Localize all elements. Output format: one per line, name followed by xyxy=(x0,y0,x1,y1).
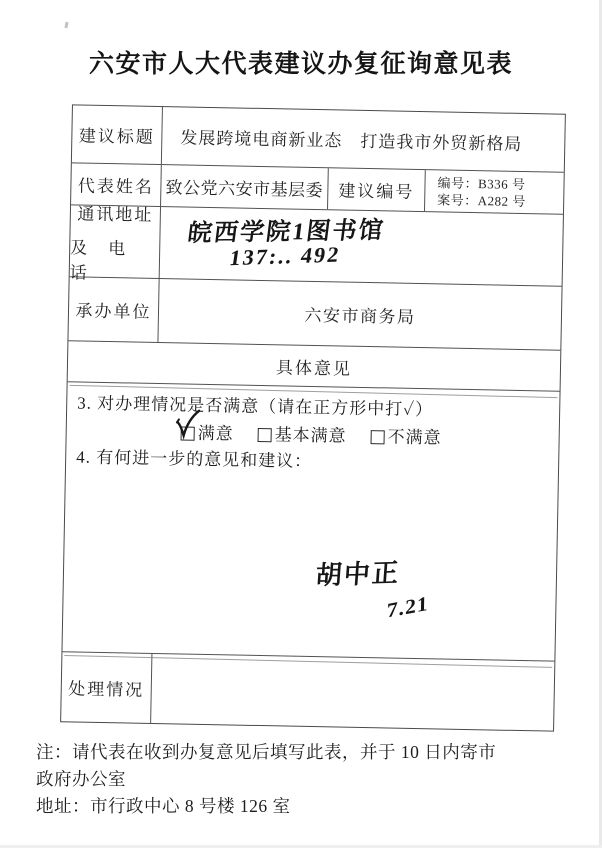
processing-status-label: 处理情况 xyxy=(61,652,152,723)
form-table: 建议标题 发展跨境电商新业态 打造我市外贸新格局 代表姓名 致公党六安市基层委 … xyxy=(60,104,566,731)
checkbox-option-not-satisfied: 不满意 xyxy=(370,424,441,451)
handwritten-phone: 137:.. 492 xyxy=(228,242,342,272)
scan-speck xyxy=(64,22,68,28)
footer-address: 地址：市行政中心 8 号楼 126 室 xyxy=(36,793,576,820)
handling-unit-label: 承办单位 xyxy=(68,277,159,342)
row-handling-unit: 承办单位 六安市商务局 xyxy=(68,277,561,350)
checkbox-not-satisfied xyxy=(371,430,385,444)
option-label-not-satisfied: 不满意 xyxy=(387,424,441,451)
representative-value: 致公党六安市基层委 xyxy=(161,165,329,209)
contact-label: 通讯地址 及 电 话 xyxy=(70,205,161,278)
checkbox-satisfied xyxy=(181,426,195,440)
suggestion-number-value: 编号：B336 号 案号：A282 号 xyxy=(425,170,564,214)
row-processing-status: 处理情况 xyxy=(61,652,554,730)
opinion-cell: 3. 对办理情况是否满意（请在正方形中打✓） 满意 基本满意 xyxy=(62,382,559,660)
footer-note-line2: 政府办公室 xyxy=(36,766,576,793)
option-label-basically-satisfied: 基本满意 xyxy=(274,422,346,449)
checkbox-option-satisfied: 满意 xyxy=(180,420,233,447)
handwritten-date: 7.21 xyxy=(387,591,429,623)
scanned-form-page: 六安市人大代表建议办复征询意见表 建议标题 发展跨境电商新业态 打造我市外贸新格… xyxy=(0,0,602,848)
footer-note-line1: 注：请代表在收到办复意见后填写此表，并于 10 日内寄市 xyxy=(36,739,576,766)
row-suggestion-title: 建议标题 发展跨境电商新业态 打造我市外贸新格局 xyxy=(72,105,565,172)
row-contact: 通讯地址 及 电 话 皖西学院1图书馆 137:.. 492 xyxy=(70,205,563,286)
checkbox-option-basically-satisfied: 基本满意 xyxy=(257,422,346,450)
row-opinion: 3. 对办理情况是否满意（请在正方形中打✓） 满意 基本满意 xyxy=(62,382,559,661)
handwritten-signature: 胡中正 xyxy=(315,553,402,593)
suggestion-title-value: 发展跨境电商新业态 打造我市外贸新格局 xyxy=(162,107,565,172)
footer-notes: 注：请代表在收到办复意见后填写此表，并于 10 日内寄市 政府办公室 地址：市行… xyxy=(36,739,576,820)
suggestion-title-label: 建议标题 xyxy=(72,105,163,164)
suggestion-number-line2: 案号：A282 号 xyxy=(437,191,563,210)
handwritten-address: 皖西学院1图书馆 xyxy=(186,210,387,248)
checkbox-basically-satisfied xyxy=(258,428,272,442)
suggestion-number-label: 建议编号 xyxy=(328,168,426,211)
option-label-satisfied: 满意 xyxy=(197,421,233,448)
page-title: 六安市人大代表建议办复征询意见表 xyxy=(0,44,602,80)
contact-value: 皖西学院1图书馆 137:.. 492 xyxy=(160,207,563,286)
contact-label-line1: 通讯地址 xyxy=(77,199,153,225)
handling-unit-value: 六安市商务局 xyxy=(158,279,561,350)
